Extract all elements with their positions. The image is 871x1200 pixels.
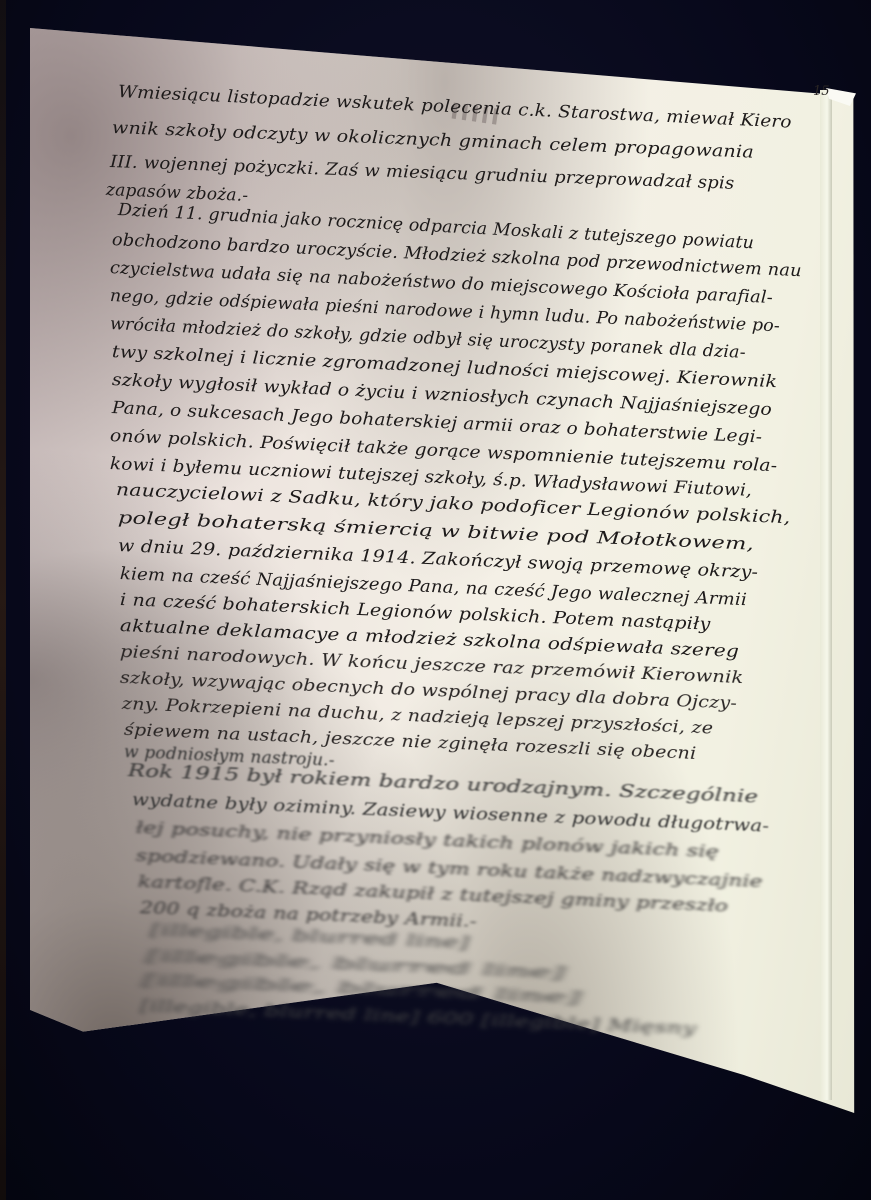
text-line: [illegible, blurred line] 600 [illegible… (140, 996, 697, 1039)
handwritten-text: Wmiesiącu listopadzie wskutek polecenia … (0, 0, 871, 1200)
photo-scene: 15 IIIII Wmiesiącu listopadzie wskutek p… (0, 0, 871, 1200)
